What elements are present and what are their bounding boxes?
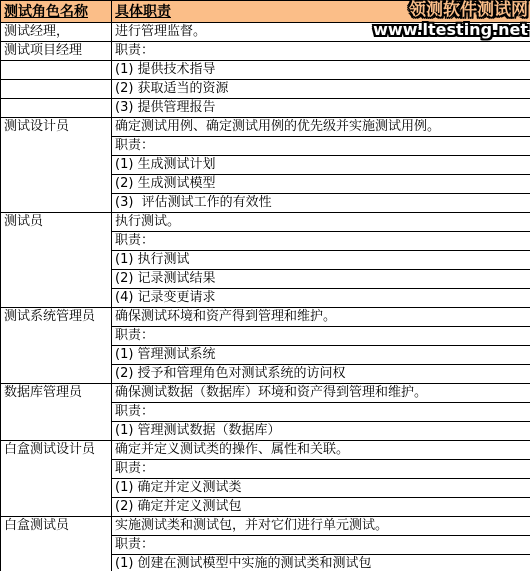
role-cell: 测试设计员 (1, 118, 112, 213)
test-roles-table: 测试角色名称 具体职责 测试经理，进行管理监督。测试项目经理职责：(1) 提供技… (0, 0, 530, 571)
duty-cell: 职责： (112, 327, 530, 346)
table-header-role: 测试角色名称 (1, 1, 112, 23)
duty-cell: 确定并定义测试类的操作、属性和关联。 (112, 441, 530, 460)
role-cell: 白盒测试员 (1, 517, 112, 571)
table-row: (1) 提供技术指导 (1, 61, 530, 80)
duty-cell: (2) 生成测试模型 (112, 175, 530, 194)
table-row: 测试经理，进行管理监督。 (1, 23, 530, 42)
duty-cell: (1) 提供技术指导 (112, 61, 530, 80)
table-row: 测试系统管理员确保测试环境和资产得到管理和维护。 (1, 308, 530, 327)
table-row: (2) 获取适当的资源 (1, 80, 530, 99)
role-cell: 测试系统管理员 (1, 308, 112, 384)
table-header-duty: 具体职责 (112, 1, 530, 23)
duty-cell: (1) 执行测试 (112, 251, 530, 270)
table-body: 测试经理，进行管理监督。测试项目经理职责：(1) 提供技术指导(2) 获取适当的… (1, 23, 530, 571)
table-header-duty-label: 具体职责 (115, 4, 171, 20)
role-cell: 测试经理， (1, 23, 112, 42)
duty-cell: 职责： (112, 232, 530, 251)
role-cell: 数据库管理员 (1, 384, 112, 441)
duty-cell: 职责： (112, 42, 530, 61)
duty-cell: (4) 记录变更请求 (112, 289, 530, 308)
role-cell: 测试员 (1, 213, 112, 308)
duty-cell: 执行测试。 (112, 213, 530, 232)
duty-cell: 实施测试类和测试包，并对它们进行单元测试。 (112, 517, 530, 536)
duty-cell: (1) 管理测试系统 (112, 346, 530, 365)
duty-cell: 确保测试环境和资产得到管理和维护。 (112, 308, 530, 327)
table-header-row: 测试角色名称 具体职责 (1, 1, 530, 23)
table-row: 测试项目经理职责： (1, 42, 530, 61)
table-row: (3) 提供管理报告 (1, 99, 530, 118)
role-cell (1, 99, 112, 118)
table-row: 测试设计员确定测试用例、确定测试用例的优先级并实施测试用例。 (1, 118, 530, 137)
duty-cell: (3) 提供管理报告 (112, 99, 530, 118)
duty-cell: (2) 授予和管理角色对测试系统的访问权 (112, 365, 530, 384)
table-header-role-label: 测试角色名称 (4, 4, 88, 20)
document-page: 测试角色名称 具体职责 测试经理，进行管理监督。测试项目经理职责：(1) 提供技… (0, 0, 530, 571)
duty-cell: (3) 评估测试工作的有效性 (112, 194, 530, 213)
duty-cell: 进行管理监督。 (112, 23, 530, 42)
role-cell: 测试项目经理 (1, 42, 112, 61)
role-cell (1, 80, 112, 99)
duty-cell: (1) 确定并定义测试类 (112, 479, 530, 498)
duty-cell: (1) 管理测试数据（数据库） (112, 422, 530, 441)
duty-cell: 职责： (112, 536, 530, 555)
duty-cell: 职责： (112, 460, 530, 479)
duty-cell: (2) 记录测试结果 (112, 270, 530, 289)
table-row: 测试员执行测试。 (1, 213, 530, 232)
table-row: 数据库管理员确保测试数据（数据库）环境和资产得到管理和维护。 (1, 384, 530, 403)
role-cell: 白盒测试设计员 (1, 441, 112, 517)
duty-cell: 职责： (112, 137, 530, 156)
duty-cell: 确定测试用例、确定测试用例的优先级并实施测试用例。 (112, 118, 530, 137)
table-row: 白盒测试员实施测试类和测试包，并对它们进行单元测试。 (1, 517, 530, 536)
role-cell (1, 61, 112, 80)
table-row: 白盒测试设计员确定并定义测试类的操作、属性和关联。 (1, 441, 530, 460)
duty-cell: (1) 生成测试计划 (112, 156, 530, 175)
duty-cell: (2) 获取适当的资源 (112, 80, 530, 99)
duty-cell: 职责： (112, 403, 530, 422)
duty-cell: 确保测试数据（数据库）环境和资产得到管理和维护。 (112, 384, 530, 403)
duty-cell: (2) 确定并定义测试包 (112, 498, 530, 517)
duty-cell: (1) 创建在测试模型中实施的测试类和测试包 (112, 555, 530, 571)
